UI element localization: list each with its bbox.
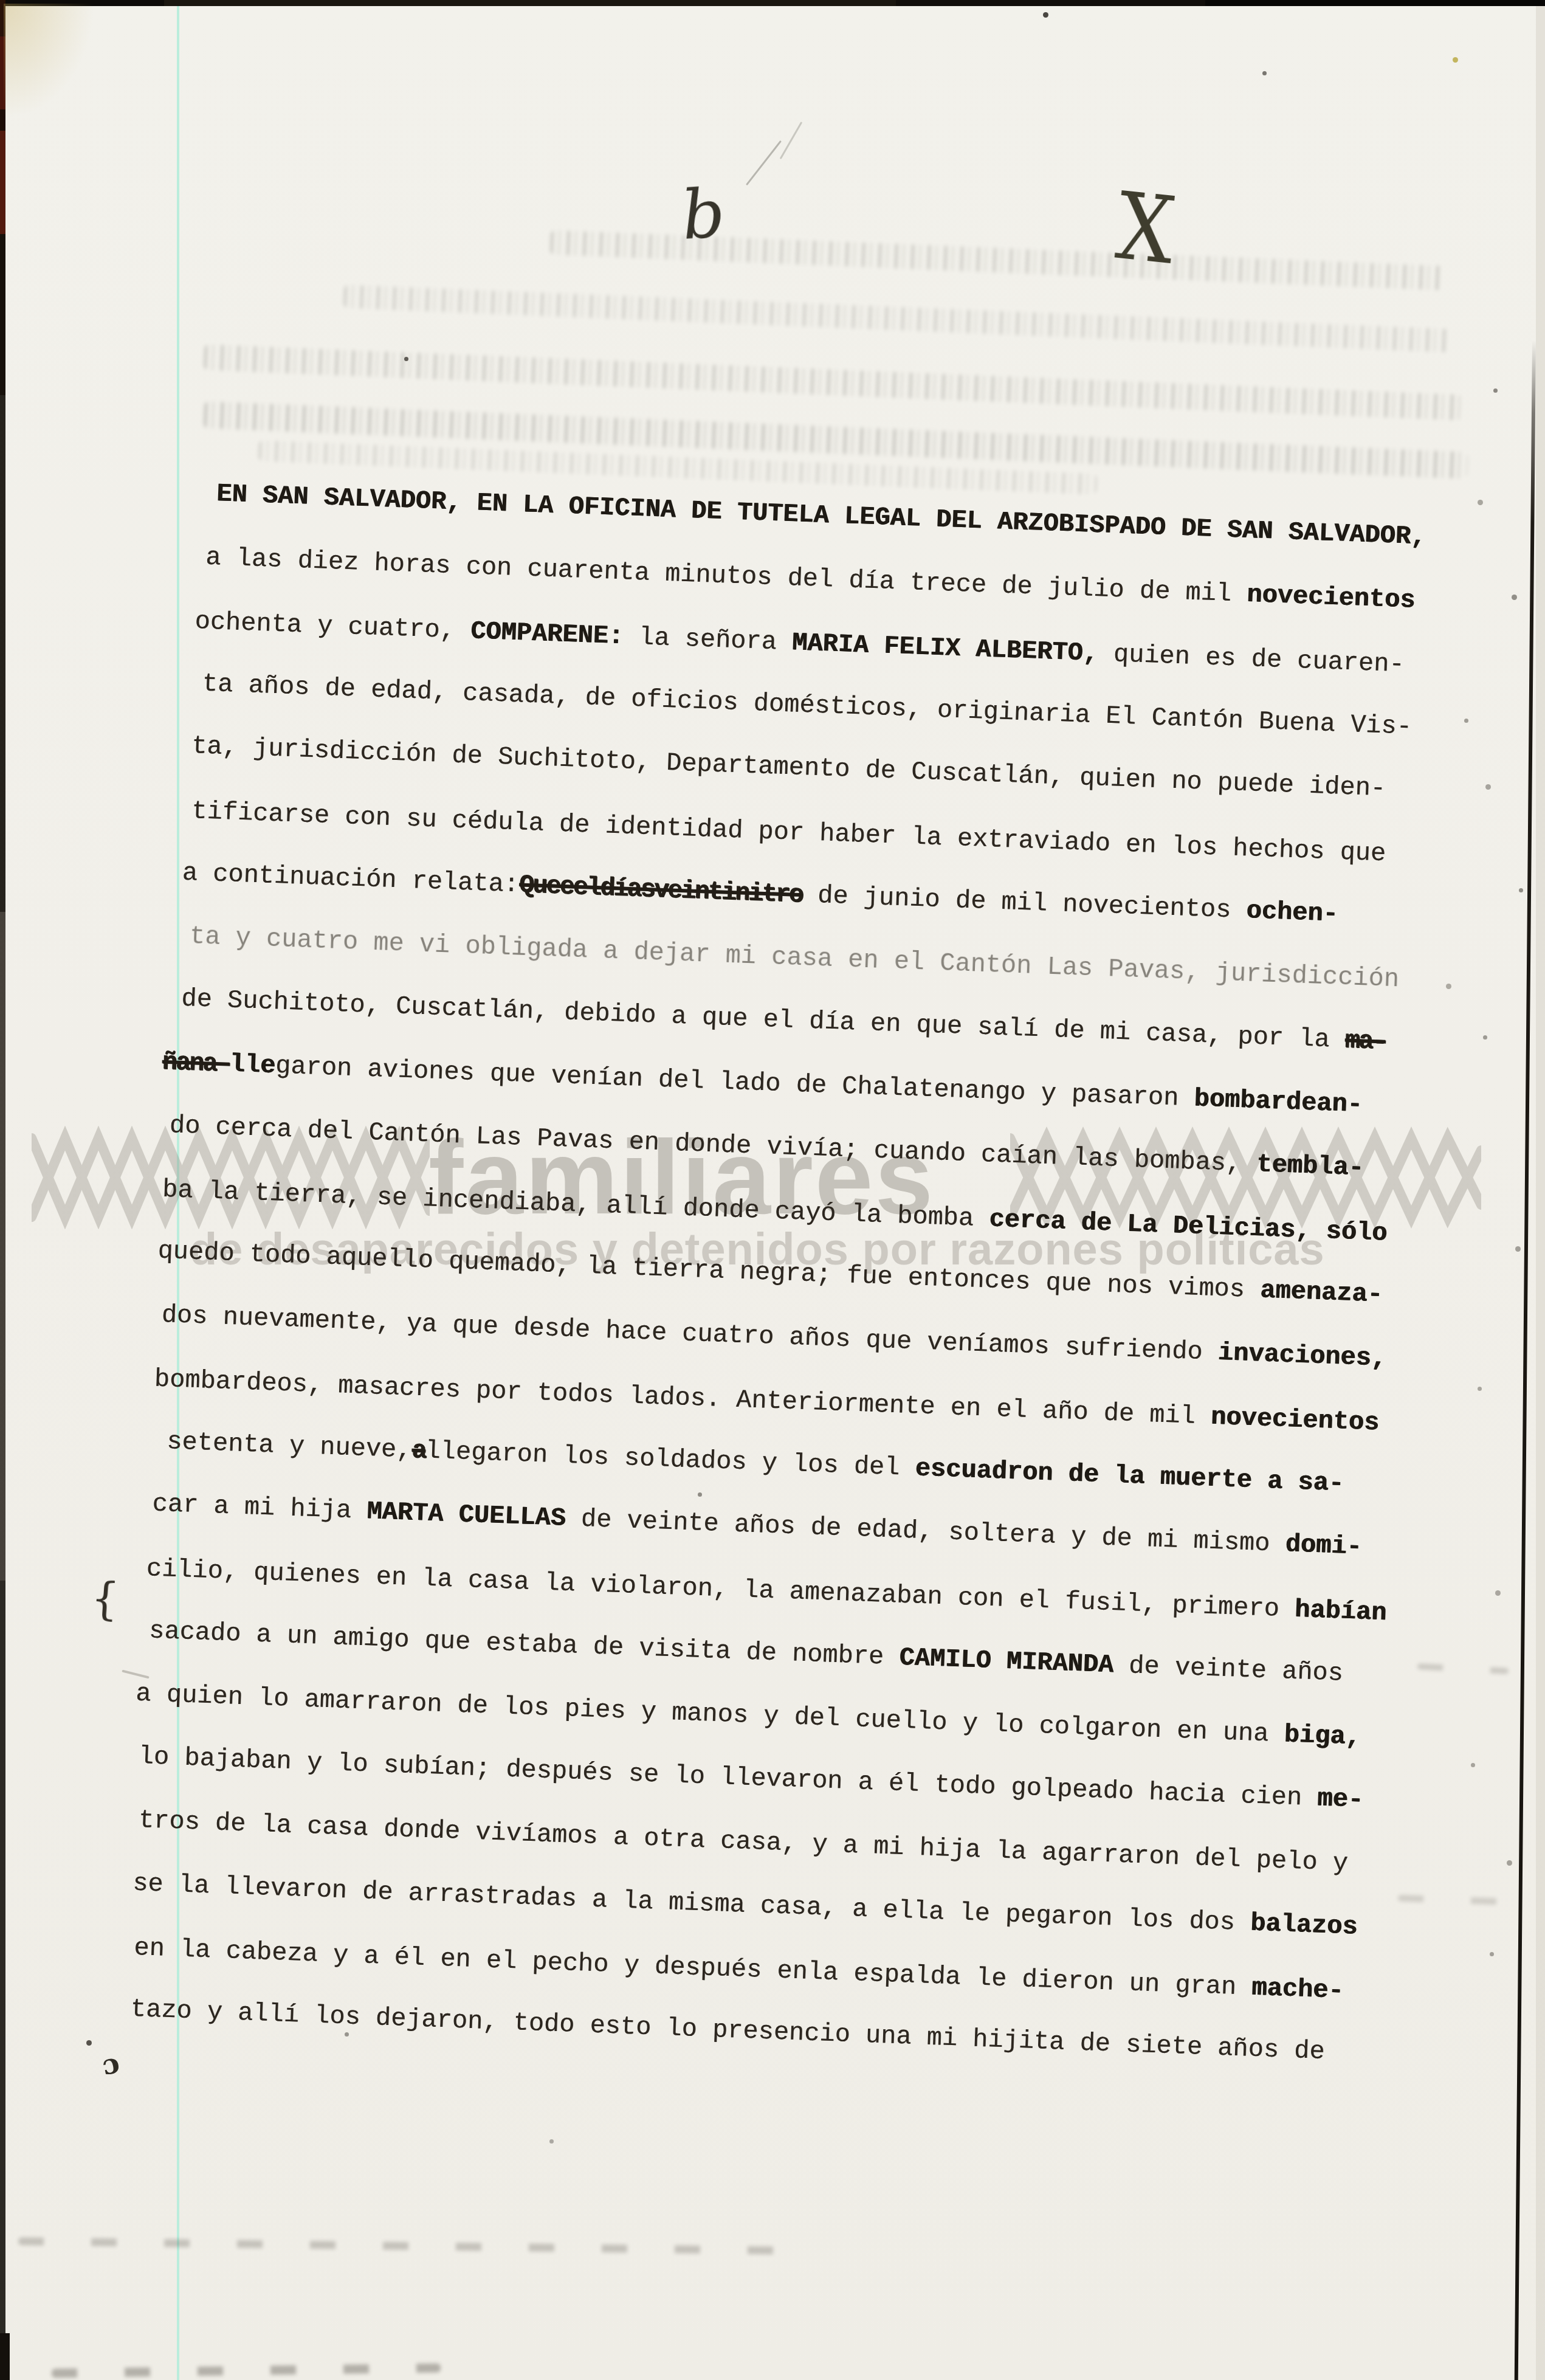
typed-segment: Queeeldíasveintinitro (518, 870, 803, 909)
typed-segment: setenta y nueve, (166, 1427, 412, 1464)
typed-segment: mache- (1251, 1973, 1344, 2006)
typed-segment: ñana (162, 1047, 230, 1079)
smudge-streak (18, 2237, 790, 2255)
typed-segment: ochen- (1246, 896, 1339, 928)
typed-segment: de veinte años (1113, 1650, 1344, 1688)
typed-segment: biga, (1284, 1720, 1361, 1751)
typed-segment: sacado a un amigo que estaba de visita d… (148, 1616, 900, 1672)
handwritten-hook-mark: ɔ (99, 2046, 123, 2082)
pencil-scribble (780, 122, 803, 159)
handwritten-x-mark: X (1112, 173, 1180, 286)
corner-stain (4, 4, 95, 119)
typed-segment: llegaron los soldados y los del (425, 1437, 916, 1483)
typed-segment: escuadron de la muerte a sa- (915, 1454, 1344, 1498)
typed-segment: me- (1316, 1784, 1363, 1815)
typed-segment: habían (1294, 1595, 1387, 1627)
typed-segment: novecientos (1246, 580, 1416, 615)
handwritten-brace-mark: { (89, 1573, 121, 1626)
scanned-document-page: familiares de desaparecidos y detenidos … (0, 0, 1545, 2380)
typed-segment: invaciones, (1217, 1338, 1387, 1373)
smudge-streak (52, 2364, 441, 2378)
typed-segment: COMPARENE: (470, 616, 624, 651)
typed-text: EN SAN SALVADOR, EN LA OFICINA DE TUTELA… (139, 462, 1490, 2088)
typed-segment: MARTA CUELLAS (366, 1497, 566, 1533)
typed-segment: a (411, 1436, 425, 1466)
handwritten-b-mark: b (680, 174, 728, 255)
typed-segment: balazos (1250, 1909, 1358, 1942)
typed-segment: amenaza- (1259, 1276, 1383, 1309)
scan-edge-left (0, 0, 5, 2380)
pencil-scribble (746, 140, 782, 185)
typed-segment: CAMILO MIRANDA (899, 1643, 1114, 1680)
scan-edge-top (0, 0, 1545, 6)
typed-segment: bombardean- (1194, 1084, 1363, 1119)
scan-edge-bottom-left (0, 2333, 10, 2380)
typed-segment: ma- (1344, 1026, 1386, 1056)
typed-segment: lle (229, 1050, 276, 1081)
typed-segment: tembla- (1256, 1150, 1364, 1182)
scan-right-band (1536, 0, 1545, 2380)
bleedthrough-line (343, 285, 1450, 352)
typed-segment: domi- (1285, 1530, 1363, 1561)
typed-segment: a continuación relata: (182, 858, 520, 900)
typed-segment: la señora (623, 622, 793, 657)
typed-segment: car a mi hija (152, 1489, 367, 1526)
typed-segment: ochenta y cuatro, (194, 607, 471, 646)
typed-segment: novecientos (1210, 1402, 1380, 1438)
typed-segment: de veinte años de edad, soltera y de mi … (565, 1504, 1286, 1559)
typed-segment: de junio de mil novecientos (802, 880, 1247, 925)
page-right-edge-line (1515, 340, 1536, 2380)
typed-segment: cerca de La Delicias, sólo (988, 1205, 1388, 1248)
typed-segment: quien es de cuaren- (1098, 639, 1405, 679)
typed-segment: MARIA FELIX ALBERTO, (791, 628, 1098, 668)
